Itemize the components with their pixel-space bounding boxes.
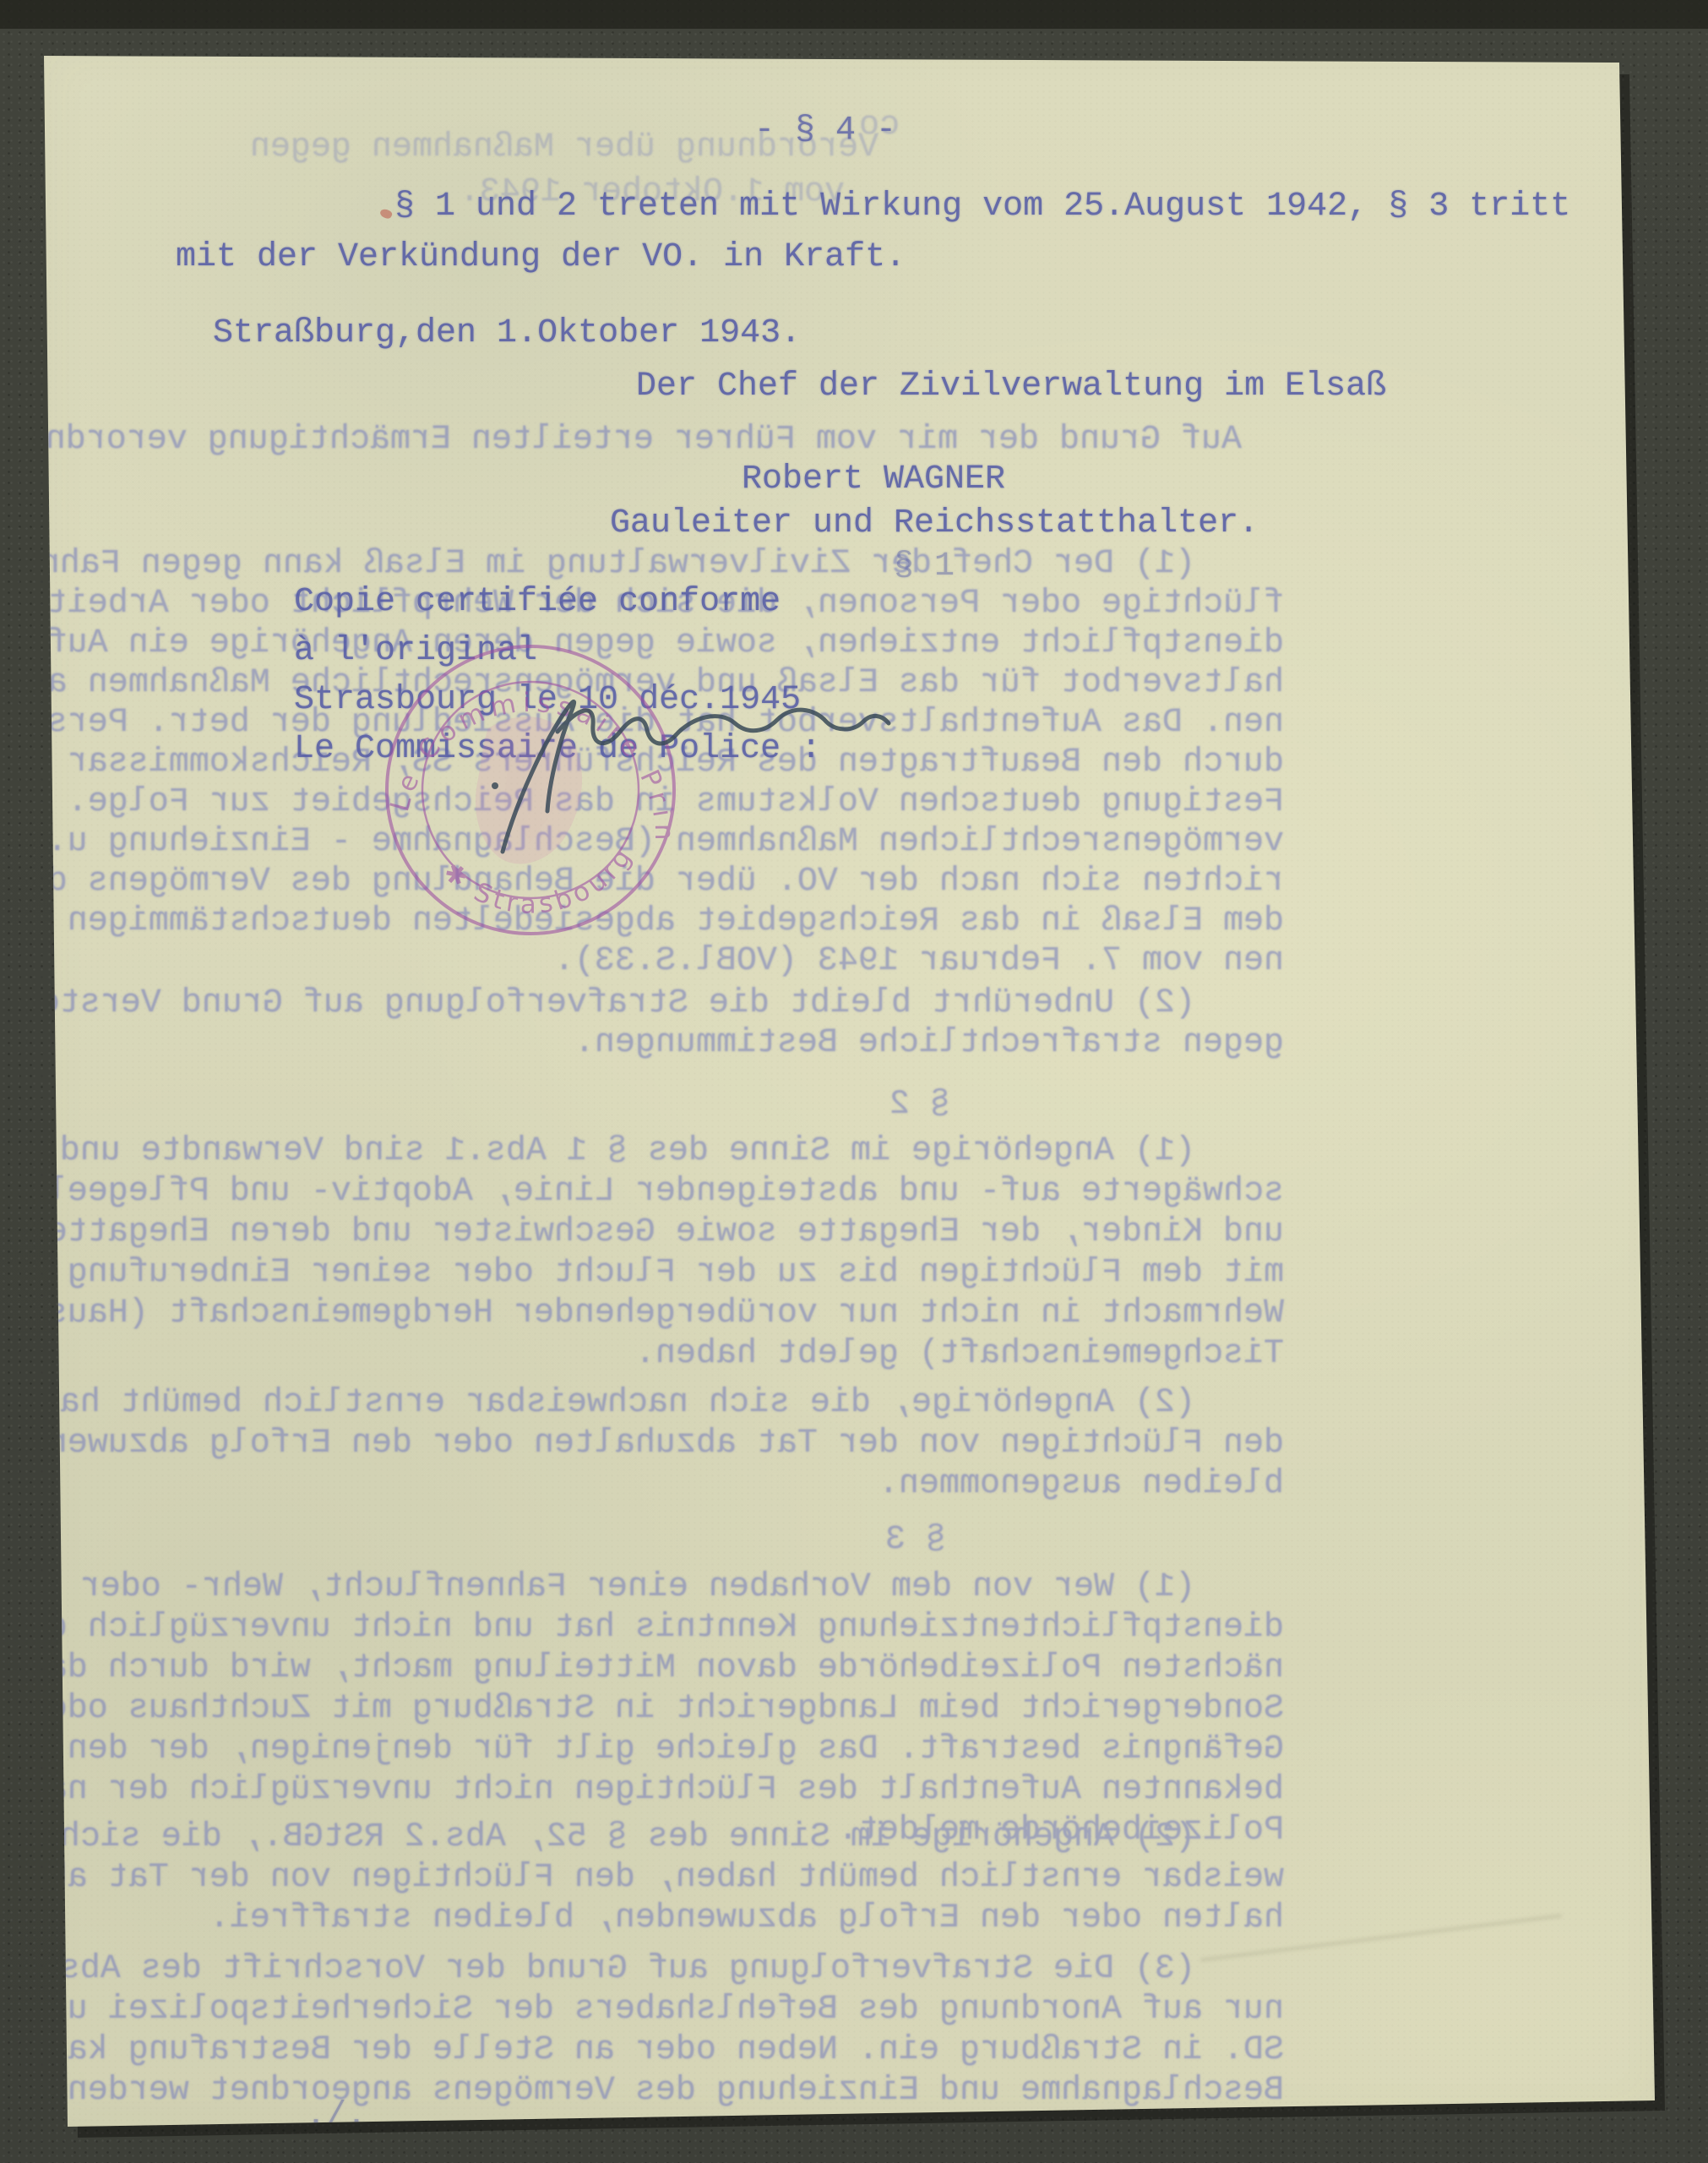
typed-line: § 1	[894, 548, 955, 586]
bleedthrough-line: nur auf Anordnung des Befehlshabers der …	[0, 1991, 1284, 2030]
typed-line: Copie certifiée conforme	[294, 583, 781, 622]
bleedthrough-line: schwägerte auf- und absteigender Linie, …	[0, 1173, 1284, 1212]
typed-line: Straßburg,den 1.Oktober 1943.	[213, 314, 801, 353]
bleedthrough-line: mit dem Flüchtigen bis zu der Flucht ode…	[0, 1254, 1284, 1293]
bleedthrough-line: nächsten Polizeibehörde davon Mitteilung…	[27, 1649, 1284, 1688]
bleedthrough-line: SD. in Straßburg ein. Neben oder an Stel…	[0, 2031, 1284, 2070]
bleedthrough-line: gegen strafrechtliche Bestimmungen.	[574, 1024, 1284, 1063]
bleedthrough-line: weisbar ernstlich bemüht haben, den Flüc…	[0, 1859, 1284, 1898]
scan-edge-band	[0, 0, 1708, 29]
typed-line: Gauleiter und Reichsstatthalter.	[610, 504, 1259, 543]
bleedthrough-line: (2) Unberührt bleibt die Strafverfolgung…	[0, 984, 1195, 1023]
bleedthrough-line: (1) Wer von dem Vorhaben einer Fahnenflu…	[0, 1568, 1195, 1607]
typed-line: § 1 und 2 treten mit Wirkung vom 25.Augu…	[394, 188, 1570, 226]
bleedthrough-line: Tischgemeinschaft) gelebt haben.	[635, 1335, 1284, 1374]
typed-line: - § 4 -	[754, 112, 896, 150]
bleedthrough-line: bleiben ausgenommen.	[878, 1465, 1284, 1504]
bleedthrough-line: dienstpflichtentziehung Kenntnis hat und…	[7, 1609, 1284, 1648]
bleedthrough-line: Sondergericht beim Landgericht in Straßb…	[0, 1690, 1284, 1729]
bleedthrough-line: (1) Der Chef der Zivilverwaltung im Elsa…	[0, 545, 1195, 584]
typed-line: Robert WAGNER	[742, 460, 1005, 499]
typed-line: mit der Verkündung der VO. in Kraft.	[176, 238, 906, 277]
bleedthrough-line: den Flüchtigen von der Tat abzuhalten od…	[0, 1425, 1284, 1463]
bleedthrough-line: (3) Die Strafverfolgung auf Grund der Vo…	[0, 1950, 1195, 1989]
bleedthrough-line: (2) Angehörige im Sinne des § 52, Abs.2 …	[0, 1818, 1195, 1857]
bleedthrough-line: halten oder den Erfolg abzuwenden, bleib…	[209, 1899, 1284, 1938]
bleedthrough-line: und Kinder, der Ehegatte sowie Geschwist…	[0, 1213, 1284, 1252]
bleedthrough-line: Auf Grund der mir vom Führer erteilten E…	[0, 421, 1242, 460]
document-paper: coVerordnung über Maßnahmen gegenvom 1.O…	[0, 0, 1708, 2163]
bleedthrough-line: Wehrmacht in nicht nur vorübergehender H…	[0, 1294, 1284, 1333]
bleedthrough-line: § 2	[889, 1086, 950, 1125]
bleedthrough-line: bekannten Aufenthalt des Flüchtigen nich…	[0, 1771, 1284, 1810]
bleedthrough-line: § 3	[885, 1521, 946, 1560]
bleedthrough-line: (1) Angehörige im Sinne des § 1 Abs.1 si…	[0, 1132, 1195, 1171]
scanned-document-page: coVerordnung über Maßnahmen gegenvom 1.O…	[0, 0, 1708, 2163]
signature-ink	[422, 651, 912, 887]
bleedthrough-line: Gefängnis bestraft. Das gleiche gilt für…	[0, 1730, 1284, 1769]
bleedthrough-line: Beschlagnahme und Einziehung des Vermöge…	[47, 2072, 1284, 2111]
bleedthrough-line: (2) Angehörige, die sich nachweisbar ern…	[0, 1384, 1195, 1423]
typed-line: Der Chef der Zivilverwaltung im Elsaß	[636, 368, 1386, 406]
